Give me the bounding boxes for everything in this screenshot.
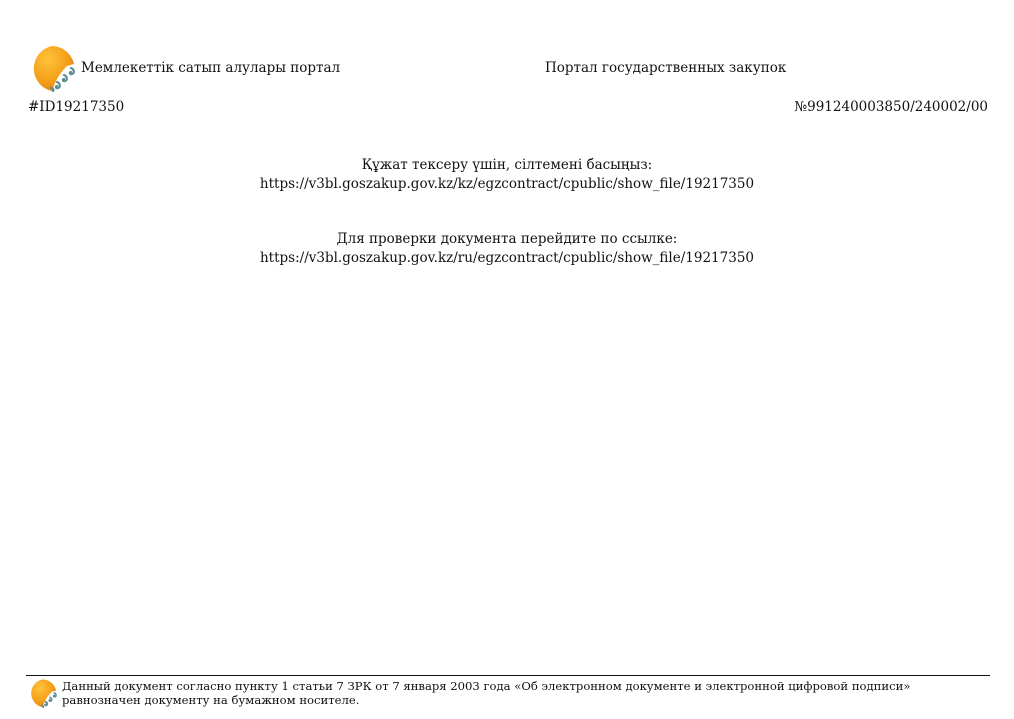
verification-prompt-kz: Құжат тексеру үшін, сілтемені басыңыз:: [0, 156, 1014, 175]
goszakup-logo-icon: [27, 44, 77, 92]
verification-block-kz: Құжат тексеру үшін, сілтемені басыңыз: h…: [0, 156, 1014, 194]
footer-divider: [26, 675, 990, 676]
document-id: #ID19217350: [28, 99, 124, 115]
verification-link-kz[interactable]: https://v3bl.goszakup.gov.kz/kz/egzcontr…: [260, 175, 754, 194]
document-number: №991240003850/240002/00: [794, 99, 988, 115]
portal-title-ru: Портал государственных закупок: [545, 60, 786, 76]
verification-block-ru: Для проверки документа перейдите по ссыл…: [0, 230, 1014, 268]
verification-link-ru[interactable]: https://v3bl.goszakup.gov.kz/ru/egzcontr…: [260, 249, 754, 268]
legal-disclaimer: Данный документ согласно пункту 1 статьи…: [62, 679, 990, 707]
verification-prompt-ru: Для проверки документа перейдите по ссыл…: [0, 230, 1014, 249]
goszakup-footer-logo-icon: [27, 678, 58, 708]
portal-title-kz: Мемлекеттік сатып алулары портал: [81, 60, 340, 76]
